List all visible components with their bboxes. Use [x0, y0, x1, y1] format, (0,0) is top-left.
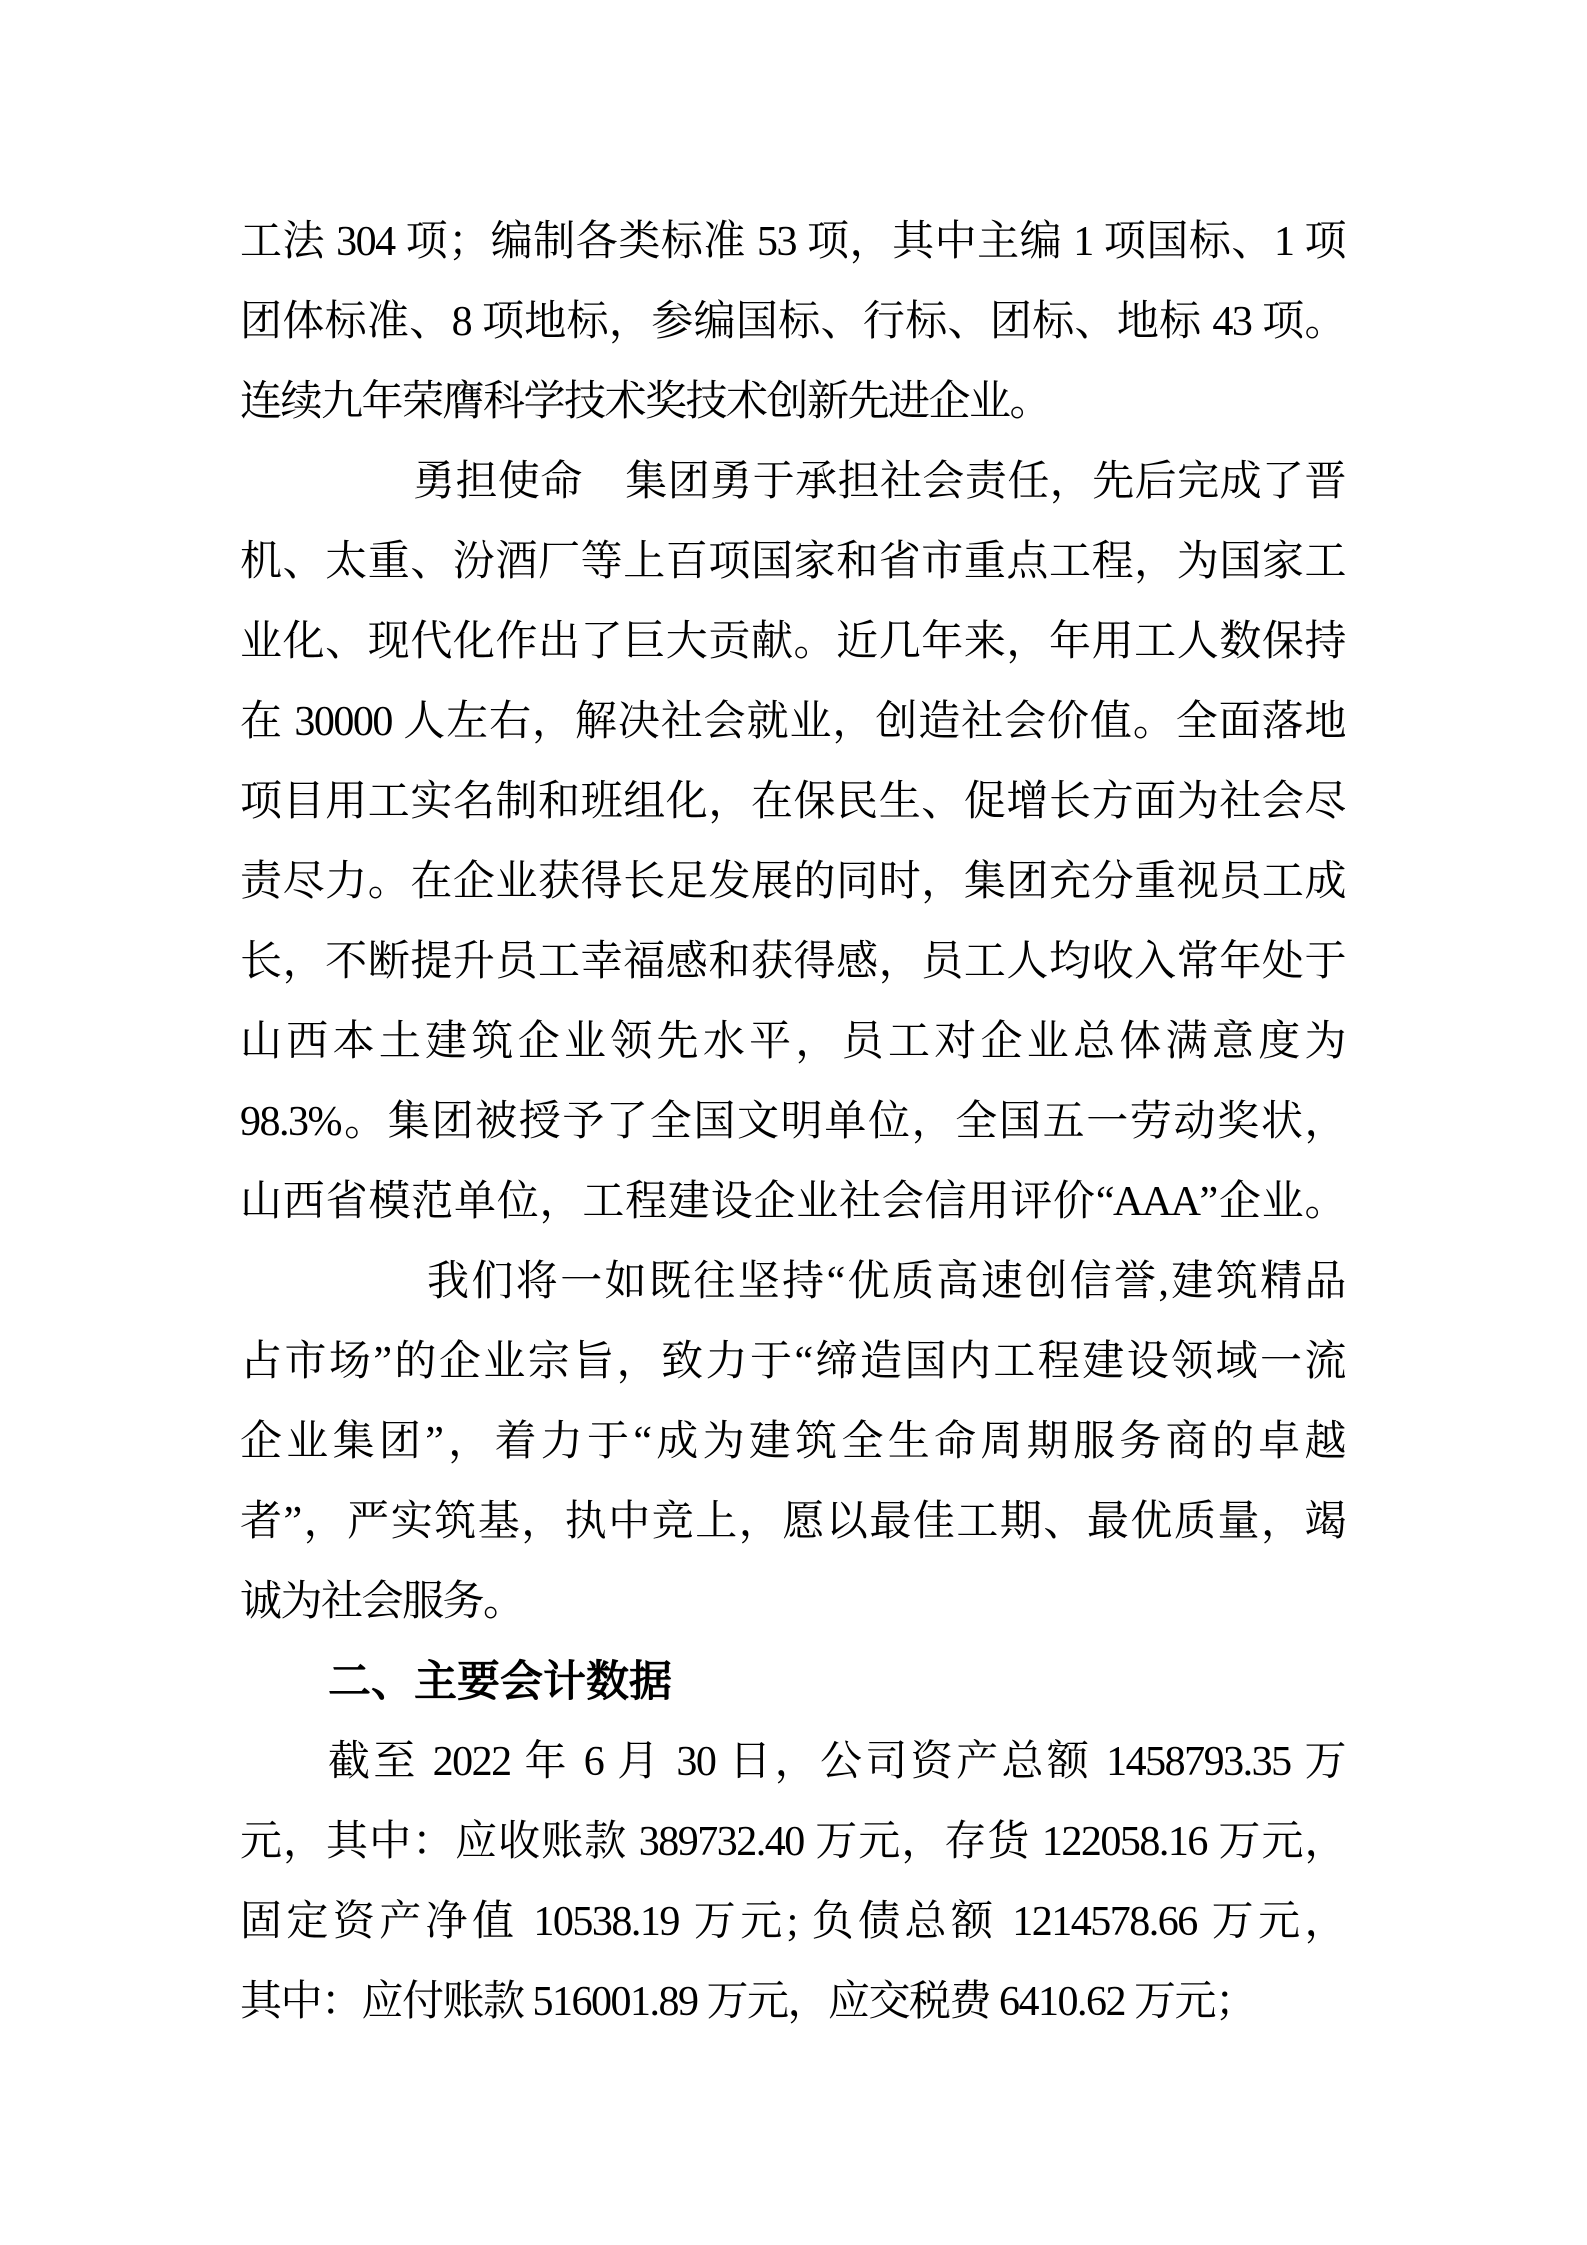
body-line: 项目用工实名制和班组化，在保民生、促增长方面为社会尽 — [240, 762, 1345, 842]
body-line: 其中：应付账款 516001.89 万元，应交税费 6410.62 万元； — [240, 1962, 1345, 2042]
body-line: 连续九年荣膺科学技术奖技术创新先进企业。 — [240, 362, 1345, 442]
body-line: 在 30000 人左右，解决社会就业，创造社会价值。全面落地 — [240, 682, 1345, 762]
document-body: 工法 304 项；编制各类标准 53 项，其中主编 1 项国标、1 项 团体标准… — [240, 202, 1345, 2042]
section-heading: 二、主要会计数据 — [240, 1642, 1345, 1722]
body-line: 企业集团”，着力于“成为建筑全生命周期服务商的卓越 — [240, 1402, 1345, 1482]
body-line: 山西省模范单位，工程建设企业社会信用评价“AAA”企业。 — [240, 1162, 1345, 1242]
body-line: 长，不断提升员工幸福感和获得感，员工人均收入常年处于 — [240, 922, 1345, 1002]
body-line: 业化、现代化作出了巨大贡献。近几年来，年用工人数保持 — [240, 602, 1345, 682]
body-line: 占市场”的企业宗旨，致力于“缔造国内工程建设领域一流 — [240, 1322, 1345, 1402]
body-line: 山西本土建筑企业领先水平，员工对企业总体满意度为 — [240, 1002, 1345, 1082]
body-line: 截至 2022 年 6 月 30 日，公司资产总额 1458793.35 万 — [240, 1722, 1345, 1802]
body-line: 我们将一如既往坚持“优质高速创信誉,建筑精品 — [240, 1242, 1345, 1322]
body-line: 工法 304 项；编制各类标准 53 项，其中主编 1 项国标、1 项 — [240, 202, 1345, 282]
body-line: 98.3%。集团被授予了全国文明单位，全国五一劳动奖状， — [240, 1082, 1345, 1162]
body-line: 团体标准、8 项地标，参编国标、行标、团标、地标 43 项。 — [240, 282, 1345, 362]
body-line: 机、太重、汾酒厂等上百项国家和省市重点工程，为国家工 — [240, 522, 1345, 602]
body-line: 诚为社会服务。 — [240, 1562, 1345, 1642]
body-line: 固定资产净值 10538.19 万元; 负债总额 1214578.66 万元， — [240, 1882, 1345, 1962]
body-line: 者”，严实筑基，执中竞上，愿以最佳工期、最优质量，竭 — [240, 1482, 1345, 1562]
body-line: 勇担使命 集团勇于承担社会责任，先后完成了晋 — [240, 442, 1345, 522]
word-document-page: 工法 304 项；编制各类标准 53 项，其中主编 1 项国标、1 项 团体标准… — [0, 0, 1587, 2245]
body-line: 责尽力。在企业获得长足发展的同时，集团充分重视员工成 — [240, 842, 1345, 922]
body-line: 元，其中：应收账款 389732.40 万元，存货 122058.16 万元， — [240, 1802, 1345, 1882]
